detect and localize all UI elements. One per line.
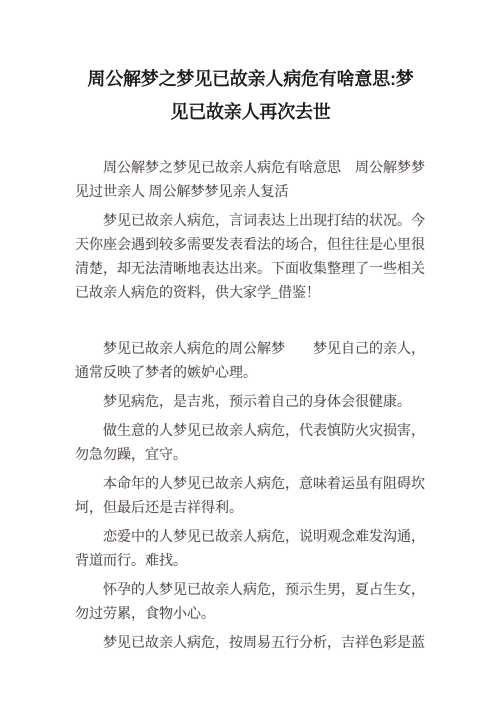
paragraph: 梦见已故亲人病危的周公解梦 梦见自己的亲人，通常反映了梦者的嫉妒心理。 [75, 338, 427, 386]
paragraph: 梦见已故亲人病危，言词表达上出现打结的状况。今天你座会遇到较多需要发表看法的场合… [75, 210, 427, 306]
paragraph: 怀孕的人梦见已故亲人病危，预示生男，夏占生女，勿过劳累，食物小心。 [75, 579, 427, 627]
article-body: 周公解梦之梦见已故亲人病危有啥意思 周公解梦梦见过世亲人 周公解梦梦见亲人复活梦… [75, 157, 427, 656]
paragraph: 周公解梦之梦见已故亲人病危有啥意思 周公解梦梦见过世亲人 周公解梦梦见亲人复活 [75, 157, 427, 205]
paragraph-spacer [75, 311, 427, 338]
article-title-line-2: 见已故亲人再次去世 [75, 96, 426, 129]
document-page: 周公解梦之梦见已故亲人病危有啥意思:梦 见已故亲人再次去世 周公解梦之梦见已故亲… [0, 0, 500, 708]
paragraph: 做生意的人梦见已故亲人病危，代表慎防火灾损害，勿急勿躁，宜守。 [75, 420, 427, 468]
paragraph: 恋爱中的人梦见已故亲人病危，说明观念难发沟通，背道而行。难找。 [75, 526, 427, 574]
article-title: 周公解梦之梦见已故亲人病危有啥意思:梦 见已故亲人再次去世 [75, 63, 426, 129]
paragraph: 本命年的人梦见已故亲人病危，意味着运虽有阻碍坎坷，但最后还是吉祥得利。 [75, 473, 427, 521]
paragraph: 梦见已故亲人病危，按周易五行分析，吉祥色彩是蓝 [75, 632, 427, 656]
article-title-line-1: 周公解梦之梦见已故亲人病危有啥意思:梦 [75, 63, 426, 96]
paragraph: 梦见病危，是吉兆，预示着自己的身体会很健康。 [75, 391, 427, 415]
